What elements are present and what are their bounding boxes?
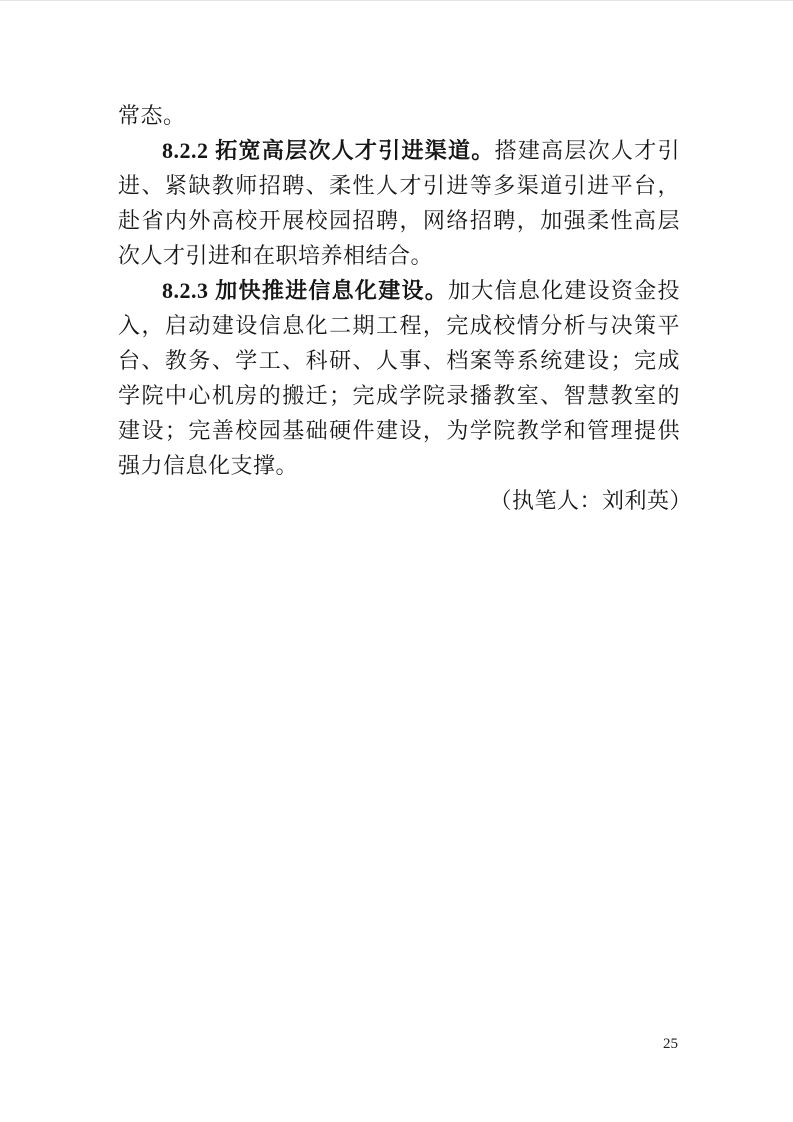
section-heading-8-2-3: 8.2.3 加快推进信息化建设。	[162, 278, 448, 303]
signature-line: （执笔人：刘利英）	[118, 483, 692, 518]
page-number: 25	[663, 1037, 678, 1052]
paragraph-text: 常态。	[118, 103, 186, 128]
document-page: 常态。 8.2.2 拓宽高层次人才引进渠道。搭建高层次人才引进、紧缺教师招聘、柔…	[0, 0, 793, 1122]
paragraph-section-8-2-3: 8.2.3 加快推进信息化建设。加大信息化建设资金投入，启动建设信息化二期工程，…	[118, 273, 680, 483]
paragraph-continuation: 常态。	[118, 98, 680, 133]
section-heading-8-2-2: 8.2.2 拓宽高层次人才引进渠道。	[162, 138, 495, 163]
document-body: 常态。 8.2.2 拓宽高层次人才引进渠道。搭建高层次人才引进、紧缺教师招聘、柔…	[118, 98, 680, 518]
paragraph-section-8-2-2: 8.2.2 拓宽高层次人才引进渠道。搭建高层次人才引进、紧缺教师招聘、柔性人才引…	[118, 133, 680, 273]
paragraph-text: 加大信息化建设资金投入，启动建设信息化二期工程，完成校情分析与决策平台、教务、学…	[118, 278, 680, 478]
